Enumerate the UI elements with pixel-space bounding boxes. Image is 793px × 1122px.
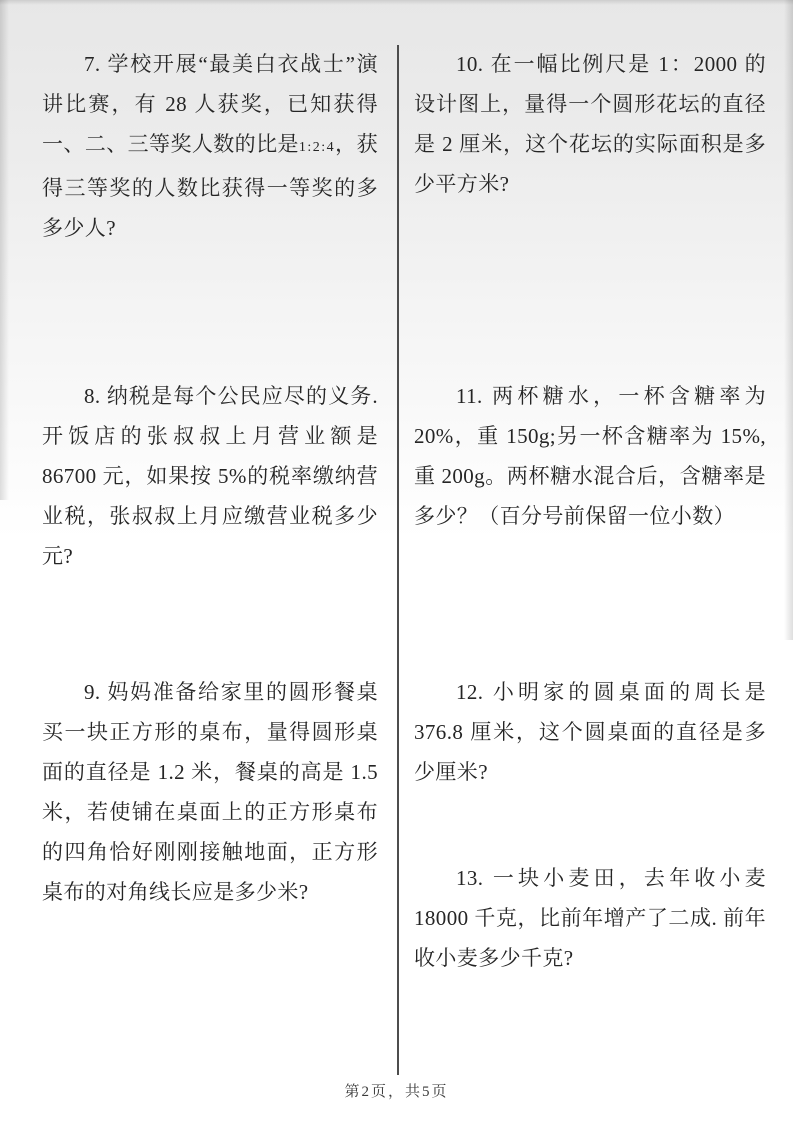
question-12: 12. 小明家的圆桌面的周长是 376.8 厘米，这个圆桌面的直径是多少厘米?	[414, 672, 766, 792]
question-7-ratio: 1:2:4	[299, 140, 335, 155]
page-edge-shadow-top	[0, 0, 793, 5]
question-13: 13. 一块小麦田，去年收小麦 18000 千克，比前年增产了二成. 前年收小麦…	[414, 858, 766, 978]
question-10: 10. 在一幅比例尺是 1：2000 的设计图上，量得一个圆形花坛的直径是 2 …	[414, 44, 766, 204]
question-7: 7. 学校开展“最美白衣战士”演讲比赛，有 28 人获奖，已知获得一、二、三等奖…	[42, 44, 378, 248]
question-11: 11. 两杯糖水，一杯含糖率为 20%，重 150g;另一杯含糖率为 15%,重…	[414, 376, 766, 536]
worksheet-page: 7. 学校开展“最美白衣战士”演讲比赛，有 28 人获奖，已知获得一、二、三等奖…	[0, 0, 793, 1122]
question-8: 8. 纳税是每个公民应尽的义务. 开饭店的张叔叔上月营业额是 86700 元，如…	[42, 376, 378, 576]
column-divider	[397, 45, 399, 1075]
question-9: 9. 妈妈准备给家里的圆形餐桌买一块正方形的桌布，量得圆形桌面的直径是 1.2 …	[42, 672, 378, 912]
page-edge-shadow-right	[784, 0, 793, 640]
page-edge-shadow-left	[0, 0, 9, 500]
page-footer: 第2页，共5页	[0, 1080, 793, 1101]
